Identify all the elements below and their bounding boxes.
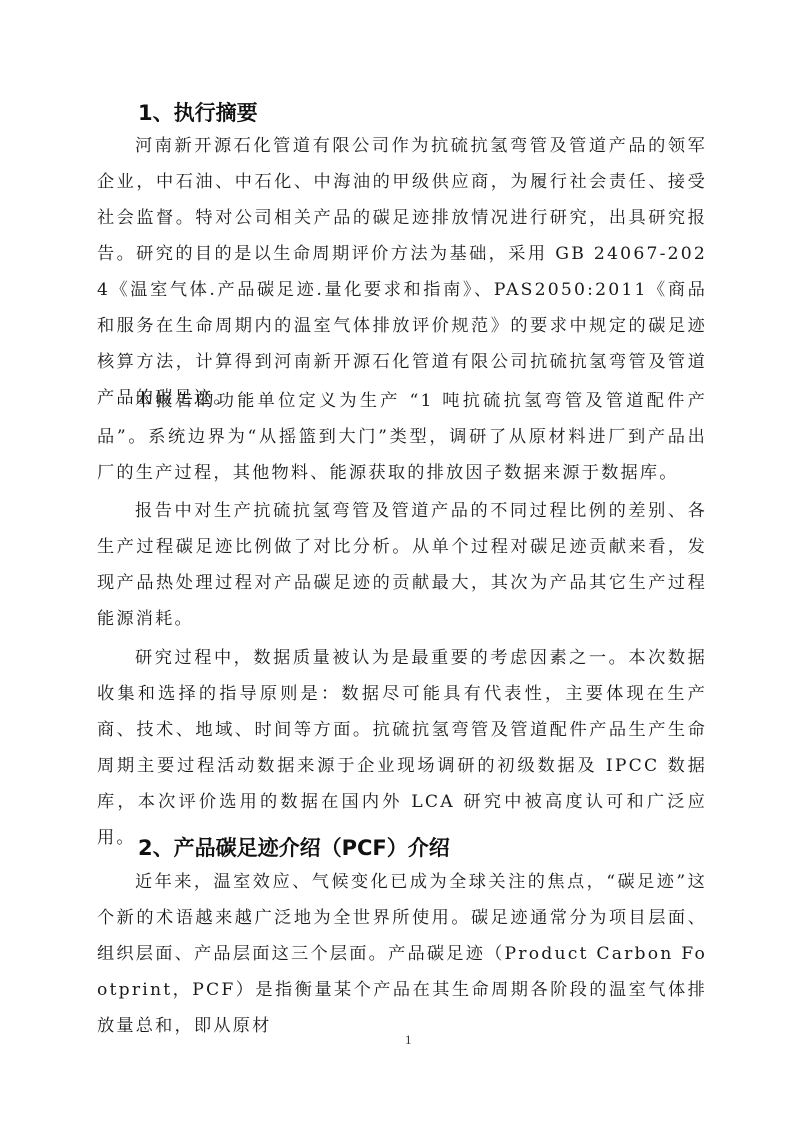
paragraph-data-quality: 研究过程中，数据质量被认为是最重要的考虑因素之一。本次数据收集和选择的指导原则是… xyxy=(97,640,707,856)
paragraph-company-intro: 河南新开源石化管道有限公司作为抗硫抗氢弯管及管道产品的领军企业，中石油、中石化、… xyxy=(97,128,707,416)
paragraph-analysis: 报告中对生产抗硫抗氢弯管及管道产品的不同过程比例的差别、各生产过程碳足迹比例做了… xyxy=(97,493,707,637)
page-number: 1 xyxy=(405,1032,412,1048)
section-heading-pcf-intro: 2、产品碳足迹介绍（PCF）介绍 xyxy=(138,832,450,862)
paragraph-functional-unit: 本报告的功能单位定义为生产 “1 吨抗硫抗氢弯管及管道配件产品”。系统边界为“从… xyxy=(97,383,707,491)
section-heading-executive-summary: 1、执行摘要 xyxy=(138,97,258,127)
paragraph-pcf-definition: 近年来，温室效应、气候变化已成为全球关注的焦点，“碳足迹”这个新的术语越来越广泛… xyxy=(97,864,707,1044)
